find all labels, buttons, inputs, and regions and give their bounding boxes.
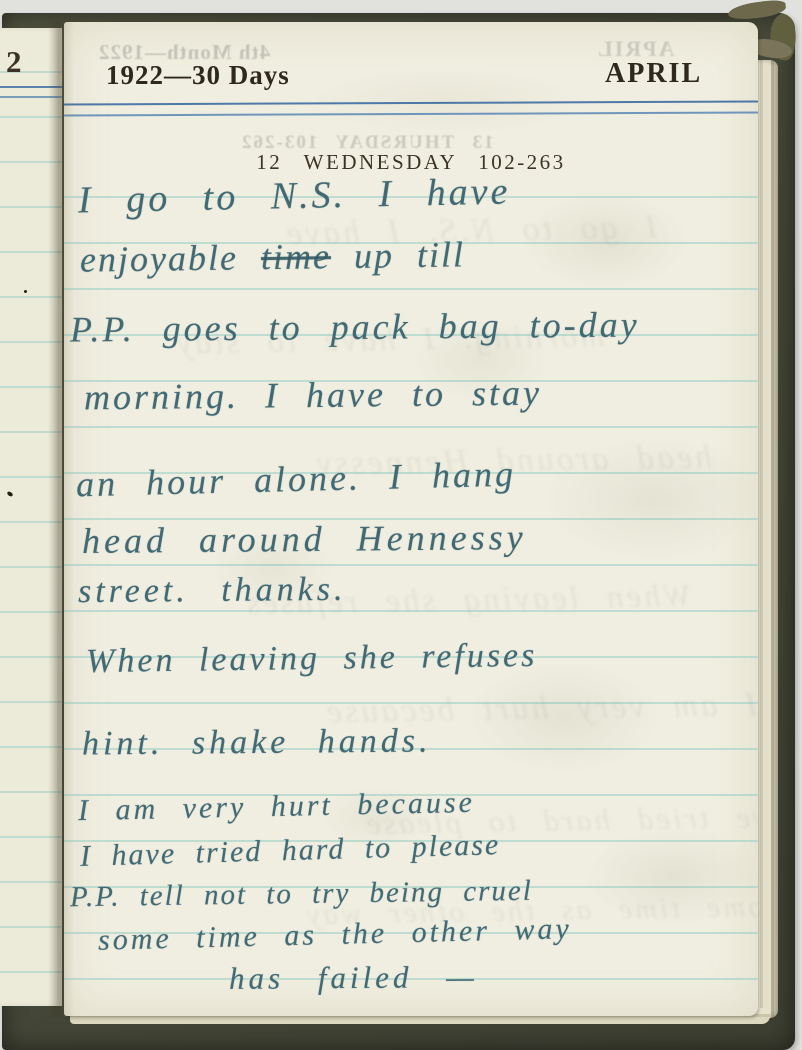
- diary-scan: 2 4th Month—1922 APRIL 1922—30 Days APRI…: [0, 0, 802, 1050]
- entry-line: P.P. goes to pack bag to-day: [70, 304, 640, 351]
- strikethrough-word: time: [261, 236, 332, 277]
- entry-line: head around Hennessy: [82, 516, 527, 562]
- entry-line: When leaving she refuses: [86, 637, 538, 681]
- entry-line: street. thanks.: [78, 571, 347, 611]
- entry-line: enjoyable time up till: [80, 233, 466, 280]
- header-year-days: 1922—30 Days: [106, 60, 290, 91]
- ink-speck: [6, 491, 13, 498]
- entry-line: hint. shake hands.: [82, 722, 432, 763]
- ink-speck: [24, 290, 27, 293]
- entry-line: I go to N.S. I have: [78, 169, 511, 222]
- entry-line: morning. I have to stay: [84, 372, 542, 419]
- previous-page-year-fragment: 2: [6, 44, 23, 80]
- entry-line-text: enjoyable: [80, 237, 261, 280]
- previous-page-header-rule: [0, 86, 62, 98]
- header-month: APRIL: [605, 58, 702, 90]
- entry-line: has failed —: [229, 959, 478, 997]
- diary-page: 4th Month—1922 APRIL 1922—30 Days APRIL …: [64, 22, 758, 1016]
- entry-line: P.P. tell not to try being cruel: [70, 875, 533, 914]
- previous-page-sliver: 2: [0, 28, 62, 1006]
- entry-line-text: up till: [331, 234, 466, 276]
